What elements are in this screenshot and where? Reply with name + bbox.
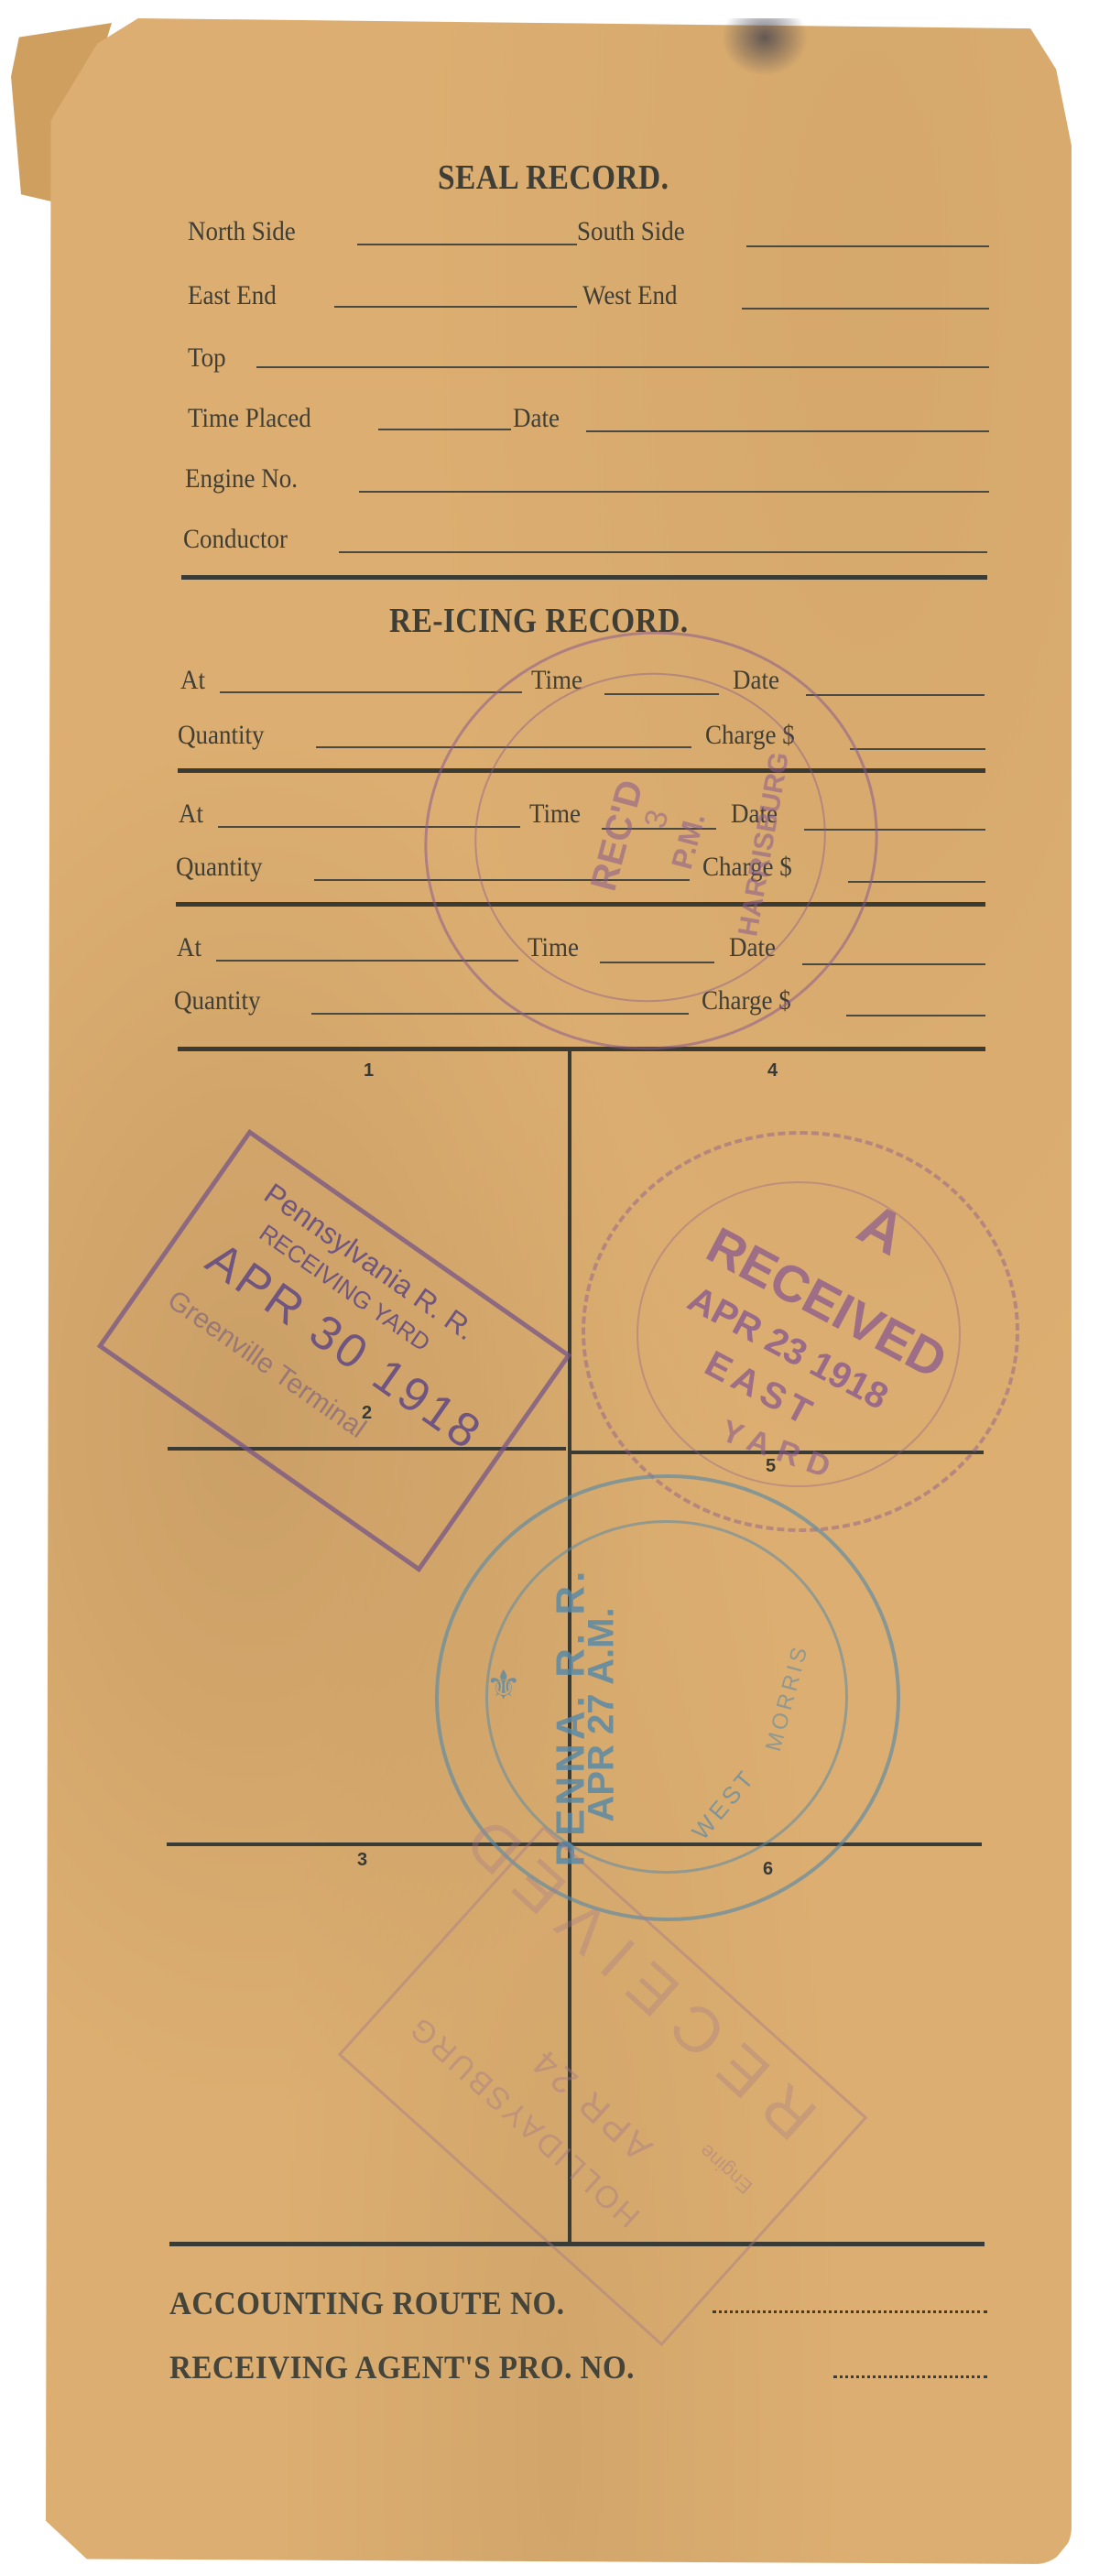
conductor-field[interactable]: [339, 551, 987, 553]
accounting-route-field[interactable]: [713, 2310, 987, 2313]
cell-number-4: 4: [767, 1060, 778, 1081]
reicing-receipt-stamp: REC'D 3 P.M. HARRISBURG: [424, 632, 891, 1049]
conductor-label: Conductor: [183, 524, 288, 555]
ink-smudge: [714, 18, 815, 82]
east-end-label: East End: [188, 280, 277, 311]
date-label: Date: [513, 403, 560, 434]
receiving-agent-pro-field[interactable]: [833, 2375, 987, 2378]
reicing-1-at-label: At: [180, 665, 205, 696]
time-placed-field[interactable]: [378, 429, 511, 430]
engine-no-label: Engine No.: [185, 463, 298, 495]
time-placed-label: Time Placed: [188, 403, 311, 434]
section-divider: [181, 575, 987, 580]
east-end-field[interactable]: [334, 306, 577, 308]
south-side-field[interactable]: [746, 245, 989, 247]
north-side-field[interactable]: [357, 244, 577, 245]
stamp-text: APR 27 A.M.: [582, 1607, 623, 1821]
south-side-label: South Side: [577, 216, 685, 247]
reicing-3-at-label: At: [177, 932, 201, 963]
stamp-text: Engine: [695, 2139, 757, 2199]
reicing-2-quantity-label: Quantity: [176, 852, 263, 883]
west-end-label: West End: [582, 280, 678, 311]
cell-number-1: 1: [364, 1060, 374, 1081]
accounting-route-label: ACCOUNTING ROUTE NO.: [169, 2284, 565, 2322]
engine-no-field[interactable]: [359, 491, 989, 493]
west-end-field[interactable]: [742, 308, 989, 310]
top-label: Top: [188, 342, 226, 374]
receiving-agent-label: RECEIVING AGENT'S PRO. NO.: [169, 2348, 635, 2386]
reicing-2-at-label: At: [179, 799, 203, 830]
fleur-de-lis-icon: ⚜: [485, 1662, 521, 1709]
reicing-3-quantity-label: Quantity: [174, 985, 261, 1016]
date-field[interactable]: [586, 430, 989, 432]
reicing-1-quantity-label: Quantity: [178, 720, 265, 751]
seal-record-title: SEAL RECORD.: [438, 158, 669, 198]
cell-number-3: 3: [357, 1850, 367, 1871]
top-field[interactable]: [256, 366, 989, 368]
north-side-label: North Side: [188, 216, 296, 247]
